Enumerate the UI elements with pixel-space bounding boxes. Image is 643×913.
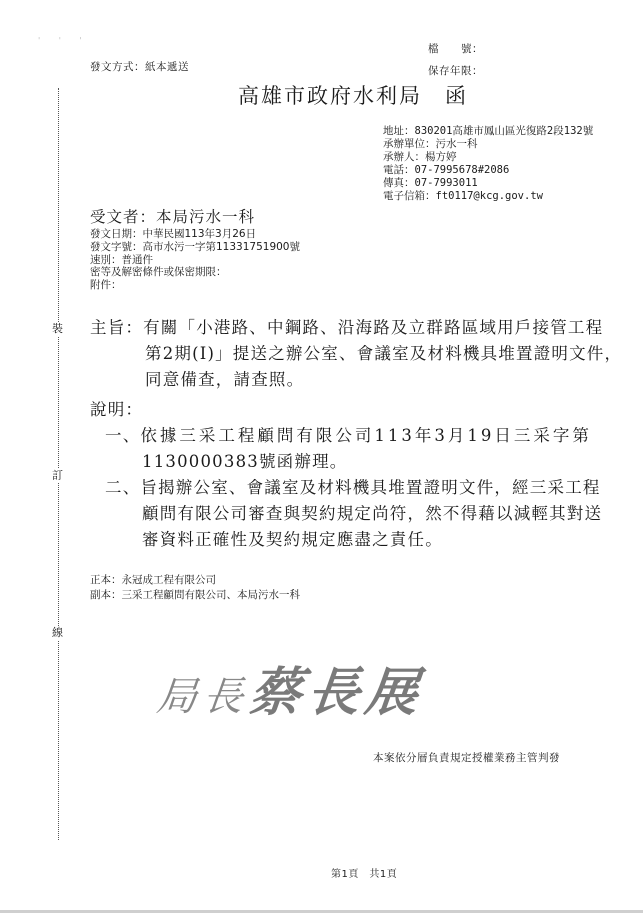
- recipient: 受文者：本局污水一科: [90, 205, 255, 227]
- document-number: 發文字號：高市水污一字第11331751900號: [90, 241, 300, 254]
- security-level: 密等及解密條件或保密期限：: [90, 266, 300, 279]
- speed-category: 速別：普通件: [90, 254, 300, 267]
- page-total: 共1頁: [369, 869, 397, 880]
- contact-block: 地址：830201高雄市鳳山區光復路2段132號 承辦單位：污水一科 承辦人：楊…: [383, 125, 593, 203]
- delivery-method: 發文方式：紙本遞送: [90, 59, 189, 74]
- delegation-note: 本案依分層負責規定授權業務主管判發: [373, 750, 560, 765]
- contact-handler: 承辦人：楊方婷: [383, 151, 593, 164]
- contact-address: 地址：830201高雄市鳳山區光復路2段132號: [383, 125, 593, 138]
- signature-name: 蔡長展: [246, 662, 426, 723]
- subject-line-2: 第2期(I)」提送之辦公室、會議室及材料機具堆置證明文件，: [90, 341, 622, 367]
- signature-stamp: 局長蔡長展: [154, 650, 428, 725]
- meta-block: 發文日期：中華民國113年3月26日 發文字號：高市水污一字第113317519…: [90, 228, 300, 292]
- item-1-line-1: 依據三采工程顧問有限公司113年3月19日三采字第: [140, 426, 592, 445]
- subject-section: 主旨：有關「小港路、中鋼路、沿海路及立群路區域用戶接管工程 第2期(I)」提送之…: [90, 315, 622, 393]
- explanation-item-1: 一、依據三采工程顧問有限公司113年3月19日三采字第 1130000383號函…: [105, 423, 592, 475]
- pagination: 第1頁 共1頁: [331, 865, 397, 880]
- retention-label: 保存年限：: [428, 63, 483, 78]
- signature-title: 局長: [155, 674, 252, 720]
- attachments: 附件：: [90, 279, 300, 292]
- contact-fax: 傳真：07-7993011: [383, 177, 593, 190]
- page-current: 第1頁: [331, 869, 359, 880]
- item-2-marker: 二、: [105, 478, 140, 497]
- explanation-label: 說明：: [90, 397, 143, 423]
- item-1-line-2: 1130000383號函辦理。: [105, 449, 592, 475]
- contact-unit: 承辦單位：污水一科: [383, 138, 593, 151]
- item-2-line-3: 審資料正確性及契約規定應盡之責任。: [105, 527, 602, 553]
- binding-dotted-line: [58, 88, 59, 840]
- subject-label: 主旨：: [90, 318, 143, 337]
- contact-email: 電子信箱：ft0117@kcg.gov.tw: [383, 190, 593, 203]
- contact-phone: 電話：07-7995678#2086: [383, 164, 593, 177]
- scan-specks: ' ' ': [38, 36, 90, 45]
- issue-date: 發文日期：中華民國113年3月26日: [90, 228, 300, 241]
- subject-line-3: 同意備查，請查照。: [90, 367, 622, 393]
- item-1-marker: 一、: [105, 426, 140, 445]
- binding-mark-ding: 訂: [52, 469, 63, 483]
- binding-mark-zhuang: 裝: [52, 322, 63, 336]
- subject-line-1: 有關「小港路、中鋼路、沿海路及立群路區域用戶接管工程: [143, 318, 603, 337]
- binding-mark-xian: 線: [52, 626, 63, 640]
- original-recipient: 正本：永冠成工程有限公司: [90, 573, 300, 588]
- copy-recipients: 副本：三采工程顧問有限公司、本局污水一科: [90, 588, 300, 603]
- file-number-label: 檔 號：: [428, 41, 483, 56]
- item-2-line-1: 旨揭辦公室、會議室及材料機具堆置證明文件，經三采工程: [140, 478, 600, 497]
- distribution-block: 正本：永冠成工程有限公司 副本：三采工程顧問有限公司、本局污水一科: [90, 573, 300, 603]
- document-title: 高雄市政府水利局 函: [238, 80, 468, 110]
- item-2-line-2: 顧問有限公司審查與契約規定尚符，然不得藉以減輕其對送: [105, 501, 602, 527]
- explanation-item-2: 二、旨揭辦公室、會議室及材料機具堆置證明文件，經三采工程 顧問有限公司審查與契約…: [105, 475, 602, 553]
